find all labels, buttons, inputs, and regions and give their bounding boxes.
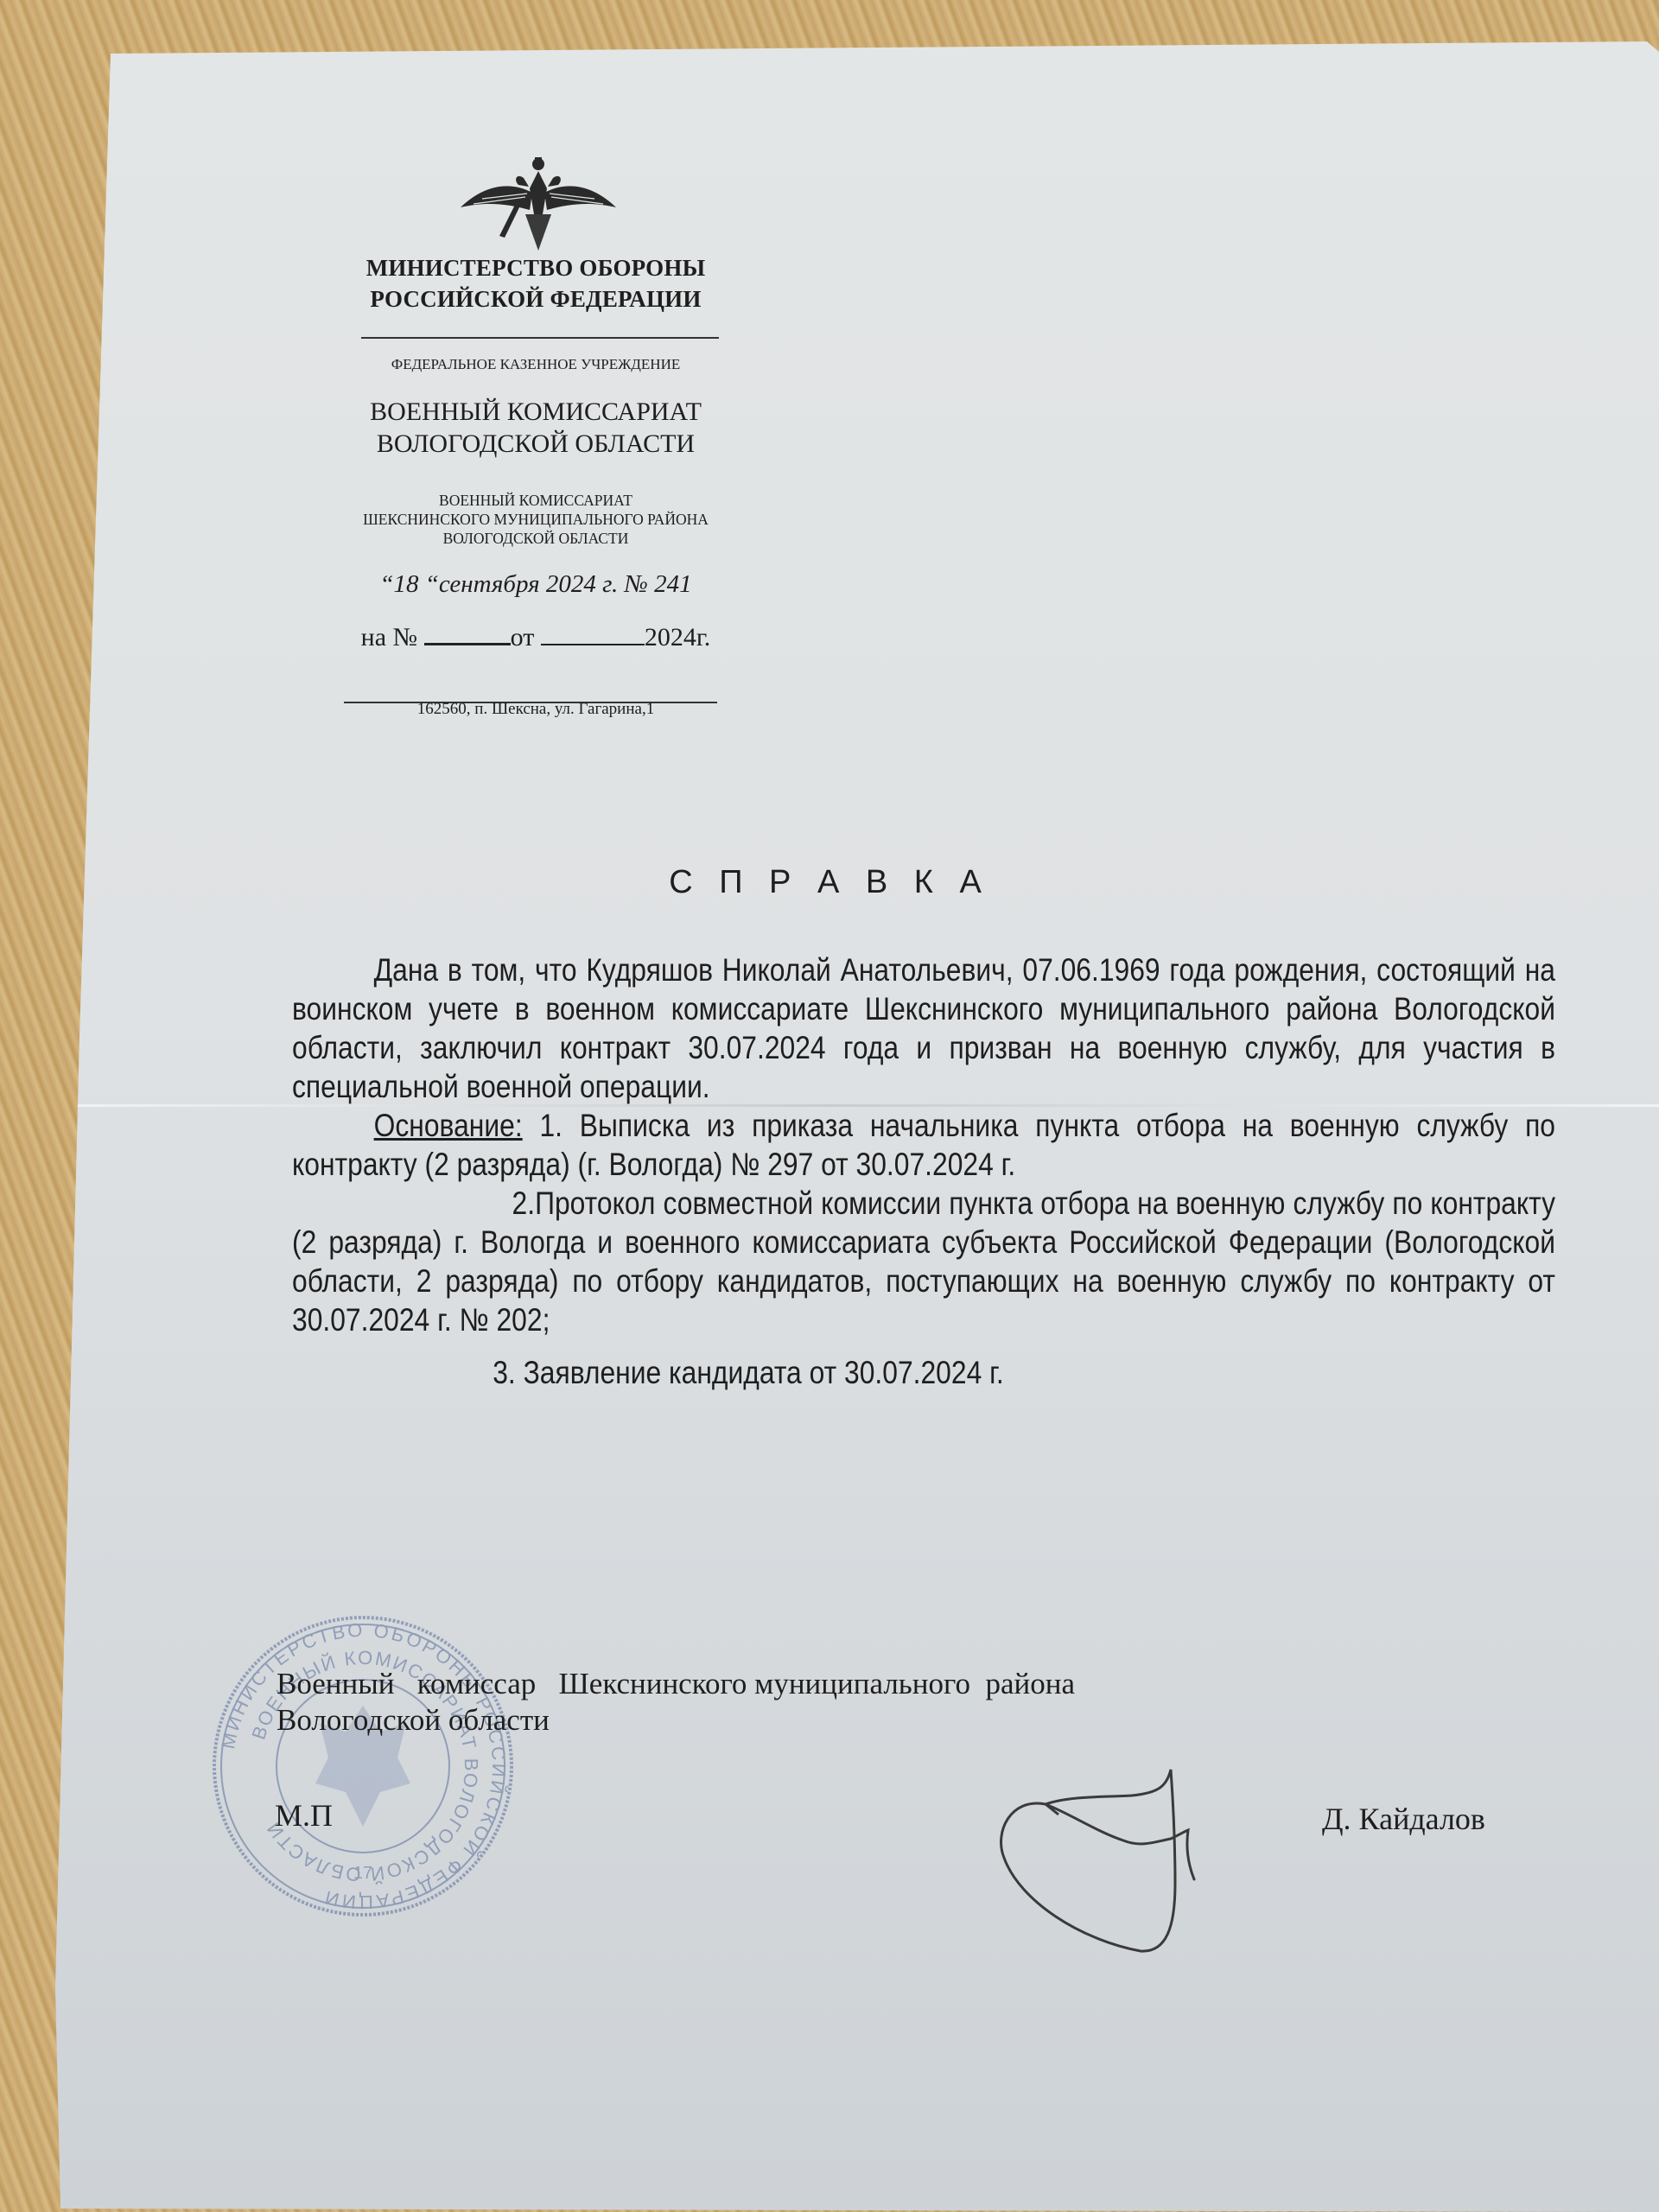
reference-line: на № от 2024г. <box>328 620 743 652</box>
handwritten-signature-icon <box>994 1754 1270 1961</box>
svg-text:17: 17 <box>353 1864 372 1883</box>
date-and-number: “18 “сентября 2024 г. № 241 <box>346 570 726 599</box>
org-line-1: ВОЕННЫЙ КОМИССАРИАТ <box>337 396 734 428</box>
seal-mark: М.П <box>275 1797 333 1834</box>
main-paragraph: Дана в том, что Кудряшов Николай Анатоль… <box>292 950 1555 1106</box>
ref-year: 2024г. <box>645 623 710 652</box>
basis-item-1: Основание: 1. Выписка из приказа начальн… <box>292 1106 1555 1184</box>
ministry-name: МИНИСТЕРСТВО ОБОРОНЫ РОССИЙСКОЙ ФЕДЕРАЦИ… <box>346 252 726 315</box>
org-line-2: ВОЛОГОДСКОЙ ОБЛАСТИ <box>337 428 734 460</box>
ref-date-blank <box>541 621 645 645</box>
suborg-line-2: ШЕКСНИНСКОГО МУНИЦИПАЛЬНОГО РАЙОНА <box>320 510 752 529</box>
suborg-line-1: ВОЕННЫЙ КОМИССАРИАТ <box>320 491 752 510</box>
header-divider <box>361 337 719 339</box>
ministry-line-2: РОССИЙСКОЙ ФЕДЕРАЦИИ <box>346 283 726 315</box>
institution-type: ФЕДЕРАЛЬНОЕ КАЗЕННОЕ УЧРЕЖДЕНИЕ <box>346 356 726 373</box>
org-name: ВОЕННЫЙ КОМИССАРИАТ ВОЛОГОДСКОЙ ОБЛАСТИ <box>337 396 734 460</box>
suborg-name: ВОЕННЫЙ КОМИССАРИАТ ШЕКСНИНСКОГО МУНИЦИП… <box>320 491 752 548</box>
ministry-line-1: МИНИСТЕРСТВО ОБОРОНЫ <box>346 252 726 283</box>
basis-label: Основание: <box>374 1108 523 1143</box>
ref-prefix: на № <box>361 623 418 652</box>
basis-item-2: 2.Протокол совместной комиссии пункта от… <box>292 1184 1555 1339</box>
suborg-line-3: ВОЛОГОДСКОЙ ОБЛАСТИ <box>320 529 752 548</box>
position-line-2: Вологодской области <box>276 1702 1400 1738</box>
ref-from: от <box>511 623 535 652</box>
document-title: С П Р А В К А <box>605 864 1054 901</box>
basis-item-3: 3. Заявление кандидата от 30.07.2024 г. <box>292 1353 1555 1392</box>
ref-number-blank <box>424 620 511 645</box>
position-line-1: Военный комиссар Шекснинского муниципаль… <box>276 1666 1400 1702</box>
address: 162560, п. Шексна, ул. Гагарина,1 <box>346 700 726 719</box>
double-headed-eagle-emblem-icon <box>456 154 620 257</box>
signer-position: Военный комиссар Шекснинского муниципаль… <box>276 1666 1400 1738</box>
document-body: Дана в том, что Кудряшов Николай Анатоль… <box>292 950 1555 1392</box>
signer-name: Д. Кайдалов <box>1322 1801 1485 1837</box>
official-seal-stamp-icon: МИНИСТЕРСТВО ОБОРОНЫ РОССИЙСКОЙ ФЕДЕРАЦИ… <box>207 1611 518 1922</box>
